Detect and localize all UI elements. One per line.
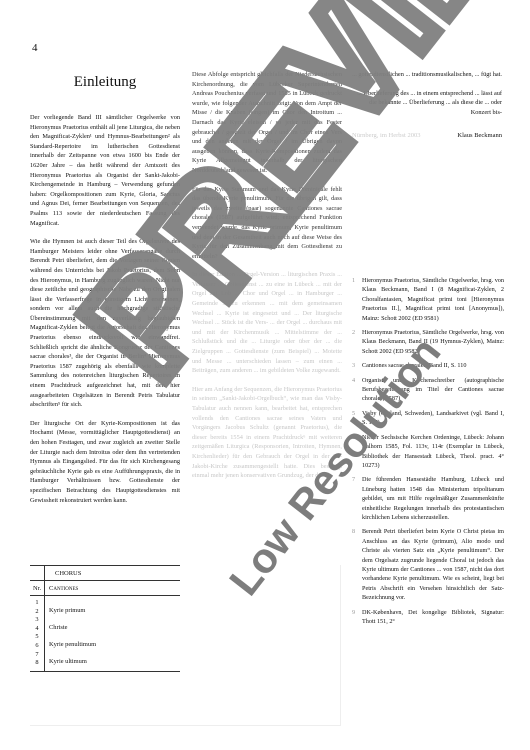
row-number: 3 [35, 616, 38, 625]
middle-paragraph-3: In dieser Edition ... Orgel-Version ... … [192, 270, 342, 376]
row-number: 2 [35, 608, 38, 617]
footnote: 6Nieder Sechsische Kerchen Ordeninge, Lü… [352, 433, 504, 471]
footnote-text: Hieronymus Praetorius, Sämtliche Orgelwe… [362, 276, 504, 323]
footnote: 1Hieronymus Praetorius, Sämtliche Orgelw… [352, 276, 504, 323]
footnote: 3Cantiones sacrae chorales, Band II, S. … [352, 361, 504, 370]
footnote-text: Cantiones sacrae chorales, Band II, S. 1… [362, 361, 504, 370]
table-col-nr: Nr. [30, 581, 45, 595]
row-label: Christe [49, 624, 67, 631]
row-number: 7 [35, 651, 38, 660]
footnote: 4Organist und Kirchenschreiber (autograp… [352, 376, 504, 404]
row-number: 8 [35, 659, 38, 668]
row-number: 1 [35, 599, 38, 608]
table-header-row: CHORUS [30, 566, 180, 581]
intro-paragraph-3: Der liturgische Ort der Kyrie-Kompositio… [30, 419, 180, 505]
footnotes: 1Hieronymus Praetorius, Sämtliche Orgelw… [352, 276, 504, 631]
footnote: 9DK-København, Det kongelige Bibliotek, … [352, 608, 504, 627]
footnote: 7Die führenden Hansestädte Hamburg, Lübe… [352, 475, 504, 522]
table-col-cantiones: Cantiones [45, 585, 78, 592]
footnote: 8Berendt Petri überliefert beim Kyrie O … [352, 527, 504, 602]
footnote: 2Hieronymus Praetorius, Sämtliche Orgelw… [352, 328, 504, 356]
right-paragraph-1: ... gottesdienstlichen ... traditionsmus… [352, 70, 502, 80]
row-number: 5 [35, 633, 38, 642]
middle-paragraph-1: Diese Abfolge entspricht gleichfalls der… [192, 70, 342, 176]
table-row-numbers: 1 2 3 4 5 6 7 8 [30, 596, 45, 671]
row-number: 6 [35, 642, 38, 651]
footnote-text: DK-København, Det kongelige Bibliotek, S… [362, 608, 504, 627]
chorus-table: CHORUS Nr. Cantiones 1 2 3 4 5 6 7 8 Kyr… [30, 565, 180, 672]
right-paragraph-2: ... Überlieferung des ... in einem entsp… [352, 89, 502, 118]
left-column: Der vorliegende Band III sämtlicher Orge… [30, 113, 180, 514]
right-column: ... gottesdienstlichen ... traditionsmus… [352, 70, 502, 141]
signature-row: Nürnberg, im Herbst 2003 Klaus Beckmann [352, 131, 502, 141]
footnote-text: Hieronymus Praetorius, Sämtliche Orgelwe… [362, 328, 504, 356]
table-subheader-row: Nr. Cantiones [30, 581, 180, 596]
footnote-text: Organist und Kirchenschreiber (autograph… [362, 376, 504, 404]
page-number: 4 [32, 42, 38, 54]
footnote-text: Berendt Petri überliefert beim Kyrie O C… [362, 527, 504, 602]
footnote: 5Visby (Gotland, Schweden), Landsarkivet… [352, 409, 504, 428]
signature-place-date: Nürnberg, im Herbst 2003 [352, 131, 420, 141]
page-title: Einleitung [30, 74, 180, 91]
footnote-text: Visby (Gotland, Schweden), Landsarkivet … [362, 409, 504, 428]
intro-paragraph-1: Der vorliegende Band III sämtlicher Orge… [30, 113, 180, 228]
middle-paragraph-4: Hier am Anfang der Sequenzen, die Hieron… [192, 385, 342, 481]
row-label: Kyrie ultimum [49, 658, 87, 665]
row-number: 4 [35, 625, 38, 634]
row-label: Kyrie penultimum [49, 641, 96, 648]
signature-author: Klaus Beckmann [457, 131, 502, 141]
middle-paragraph-2: Für das Kyrie Summum und das Kyrie Domin… [192, 185, 342, 262]
middle-column: Diese Abfolge entspricht gleichfalls der… [192, 70, 342, 490]
table-row-labels: Kyrie primum Christe Kyrie penultimum Ky… [45, 596, 180, 671]
row-label: Kyrie primum [49, 607, 85, 614]
table-body: 1 2 3 4 5 6 7 8 Kyrie primum Christe Kyr… [30, 596, 180, 671]
footnote-text: Nieder Sechsische Kerchen Ordeninge, Lüb… [362, 433, 504, 471]
table-header-chorus: CHORUS [45, 570, 81, 577]
intro-paragraph-2: Wie die Hymnen ist auch dieser Teil des … [30, 237, 180, 410]
footnote-text: Die führenden Hansestädte Hamburg, Lübec… [362, 475, 504, 522]
